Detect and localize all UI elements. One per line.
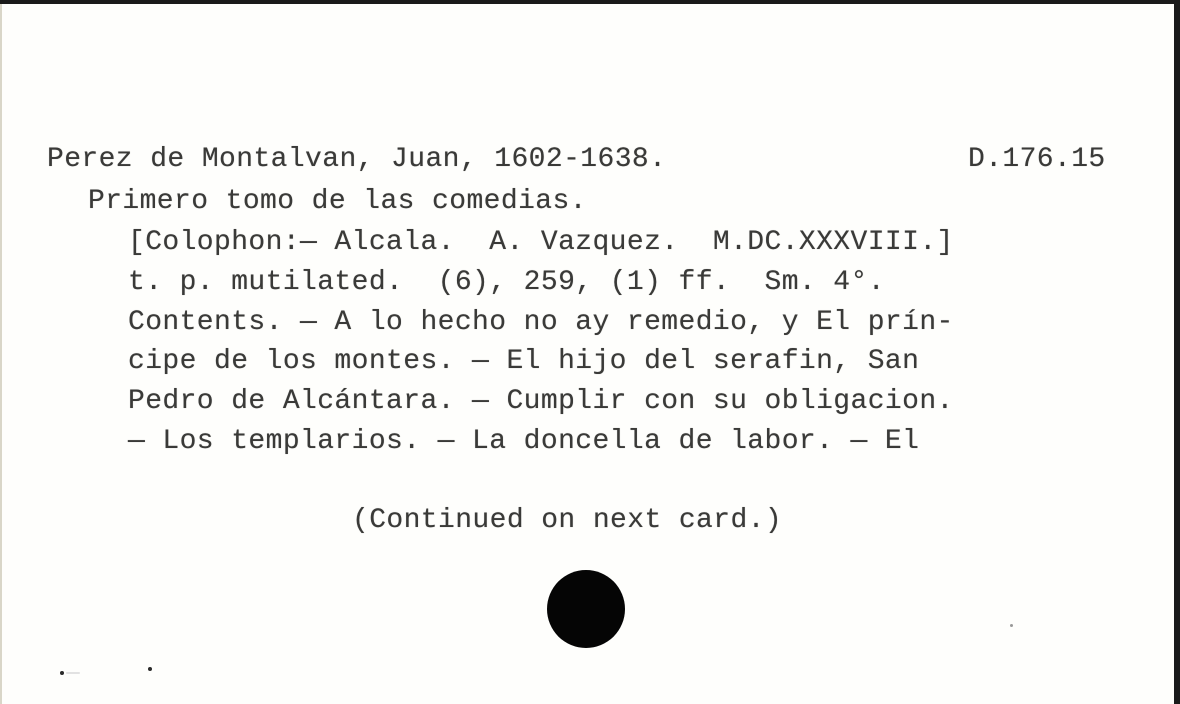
collation-line: t. p. mutilated. (6), 259, (1) ff. Sm. 4…: [128, 269, 885, 297]
contents-line: Pedro de Alcántara. — Cumplir con su obl…: [128, 388, 954, 416]
catalog-card: Perez de Montalvan, Juan, 1602-1638. D.1…: [0, 4, 1174, 704]
colophon-line: [Colophon:— Alcala. A. Vazquez. M.DC.XXX…: [128, 229, 954, 257]
speck-mark: [60, 671, 64, 675]
contents-line: — Los templarios. — La doncella de labor…: [128, 428, 919, 456]
smudge-mark: [66, 672, 80, 674]
author-heading: Perez de Montalvan, Juan, 1602-1638.: [47, 146, 666, 174]
title-line: Primero tomo de las comedias.: [88, 188, 587, 216]
contents-line: Contents. — A lo hecho no ay remedio, y …: [128, 309, 954, 337]
call-number: D.176.15: [968, 146, 1106, 174]
speck-mark: [148, 667, 152, 671]
contents-line: cipe de los montes. — El hijo del serafi…: [128, 348, 919, 376]
punch-hole: [547, 570, 625, 648]
speck-mark: [1010, 624, 1013, 627]
continuation-note: (Continued on next card.): [352, 507, 782, 535]
